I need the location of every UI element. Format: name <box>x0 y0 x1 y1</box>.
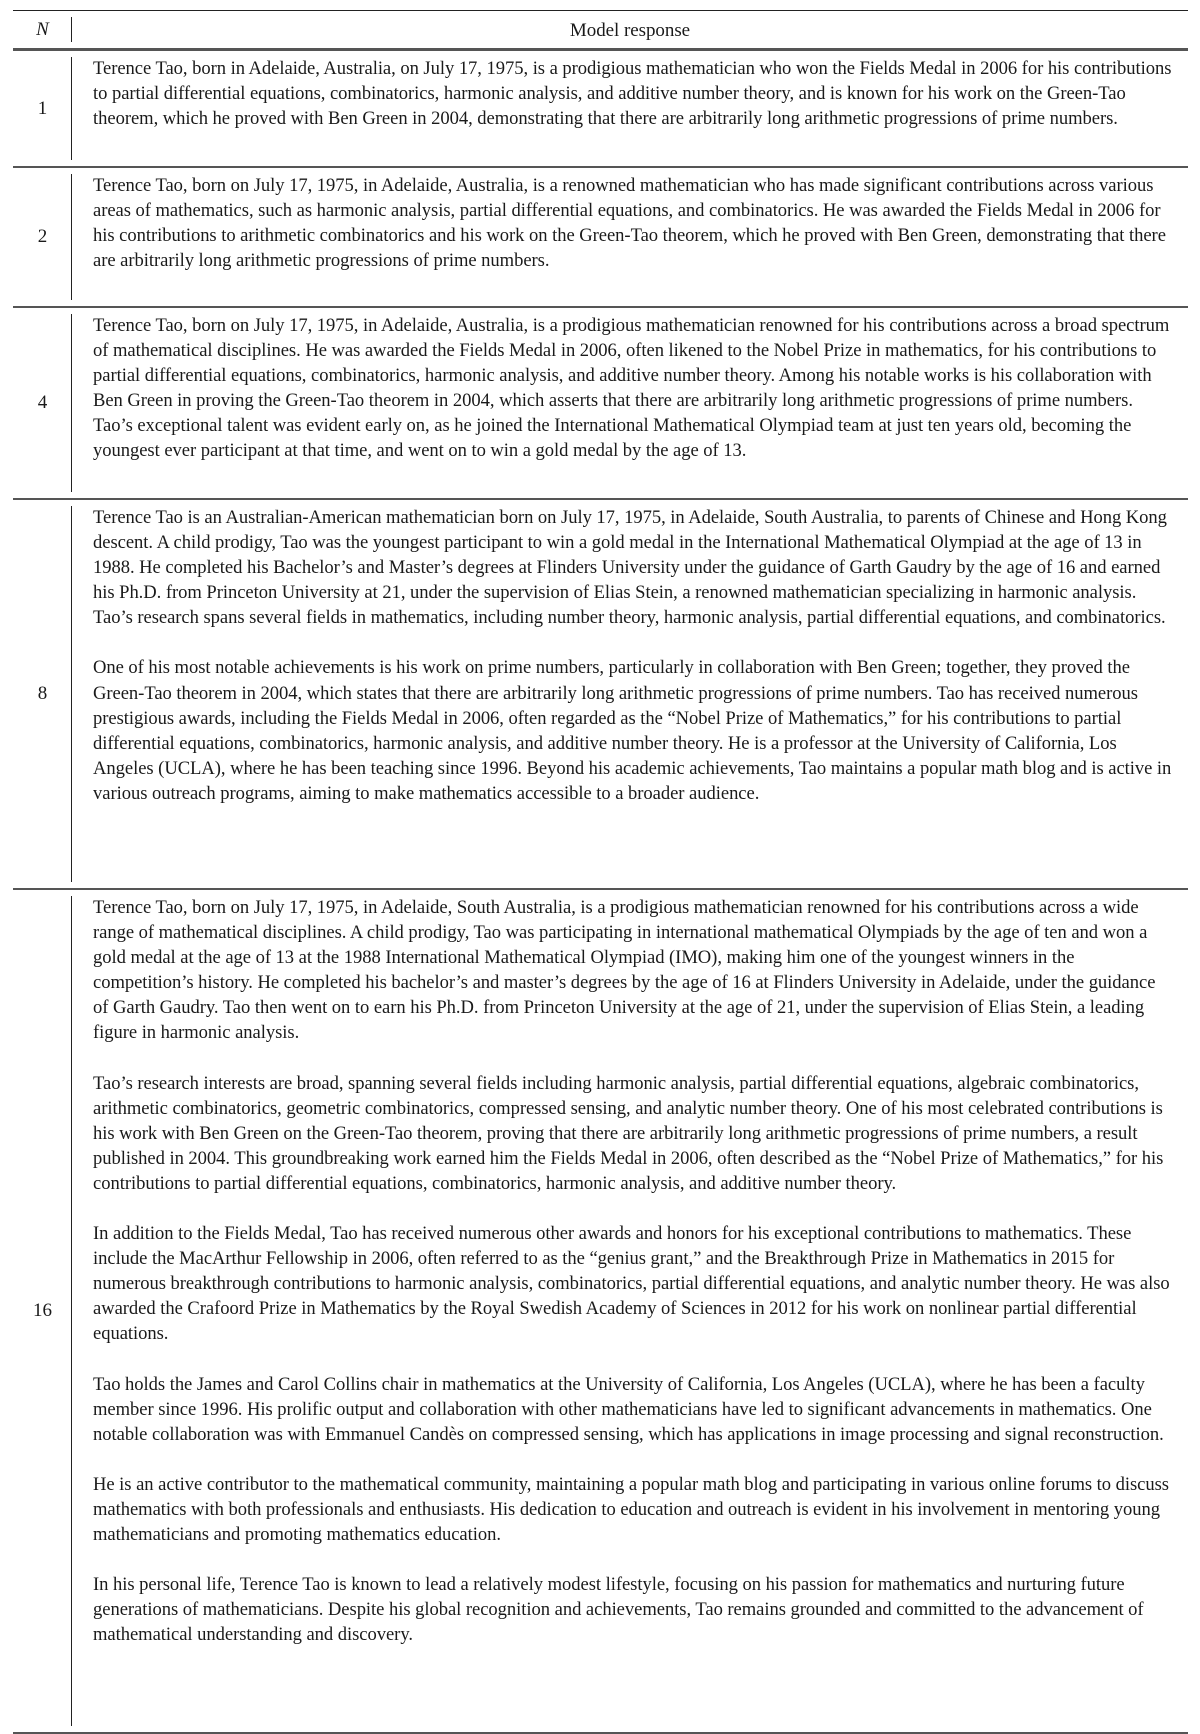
model-response-cell: Terence Tao is an Australian-American ma… <box>72 500 1188 888</box>
response-paragraph: In addition to the Fields Medal, Tao has… <box>93 1221 1174 1346</box>
column-header-n: N <box>13 11 72 48</box>
response-paragraph: Terence Tao, born on July 17, 1975, in A… <box>93 173 1174 273</box>
row-n-value: 2 <box>13 168 72 306</box>
column-header-model-response: Model response <box>72 11 1188 48</box>
table-row: 4 Terence Tao, born on July 17, 1975, in… <box>13 308 1188 500</box>
response-paragraph: Terence Tao, born in Adelaide, Australia… <box>93 56 1174 131</box>
response-paragraph: In his personal life, Terence Tao is kno… <box>93 1572 1174 1647</box>
table-row: 2 Terence Tao, born on July 17, 1975, in… <box>13 168 1188 308</box>
table-row: 8 Terence Tao is an Australian-American … <box>13 500 1188 890</box>
table-row: 1 Terence Tao, born in Adelaide, Austral… <box>13 51 1188 168</box>
row-n-value: 4 <box>13 308 72 498</box>
table-header-row: N Model response <box>13 11 1188 51</box>
row-n-value: 16 <box>13 890 72 1732</box>
response-paragraph: He is an active contributor to the mathe… <box>93 1472 1174 1547</box>
model-response-cell: Terence Tao, born on July 17, 1975, in A… <box>72 890 1188 1732</box>
response-paragraph: Terence Tao, born on July 17, 1975, in A… <box>93 895 1174 1046</box>
model-response-table: N Model response 1 Terence Tao, born in … <box>13 10 1188 1734</box>
model-response-cell: Terence Tao, born on July 17, 1975, in A… <box>72 168 1188 306</box>
row-n-value: 8 <box>13 500 72 888</box>
response-paragraph: Tao’s research interests are broad, span… <box>93 1071 1174 1196</box>
response-paragraph: Terence Tao, born on July 17, 1975, in A… <box>93 313 1174 464</box>
row-n-value: 1 <box>13 51 72 166</box>
model-response-cell: Terence Tao, born on July 17, 1975, in A… <box>72 308 1188 498</box>
response-paragraph: Tao holds the James and Carol Collins ch… <box>93 1372 1174 1447</box>
table-row: 16 Terence Tao, born on July 17, 1975, i… <box>13 890 1188 1734</box>
response-paragraph: Terence Tao is an Australian-American ma… <box>93 505 1174 630</box>
model-response-cell: Terence Tao, born in Adelaide, Australia… <box>72 51 1188 166</box>
response-paragraph: One of his most notable achievements is … <box>93 655 1174 806</box>
